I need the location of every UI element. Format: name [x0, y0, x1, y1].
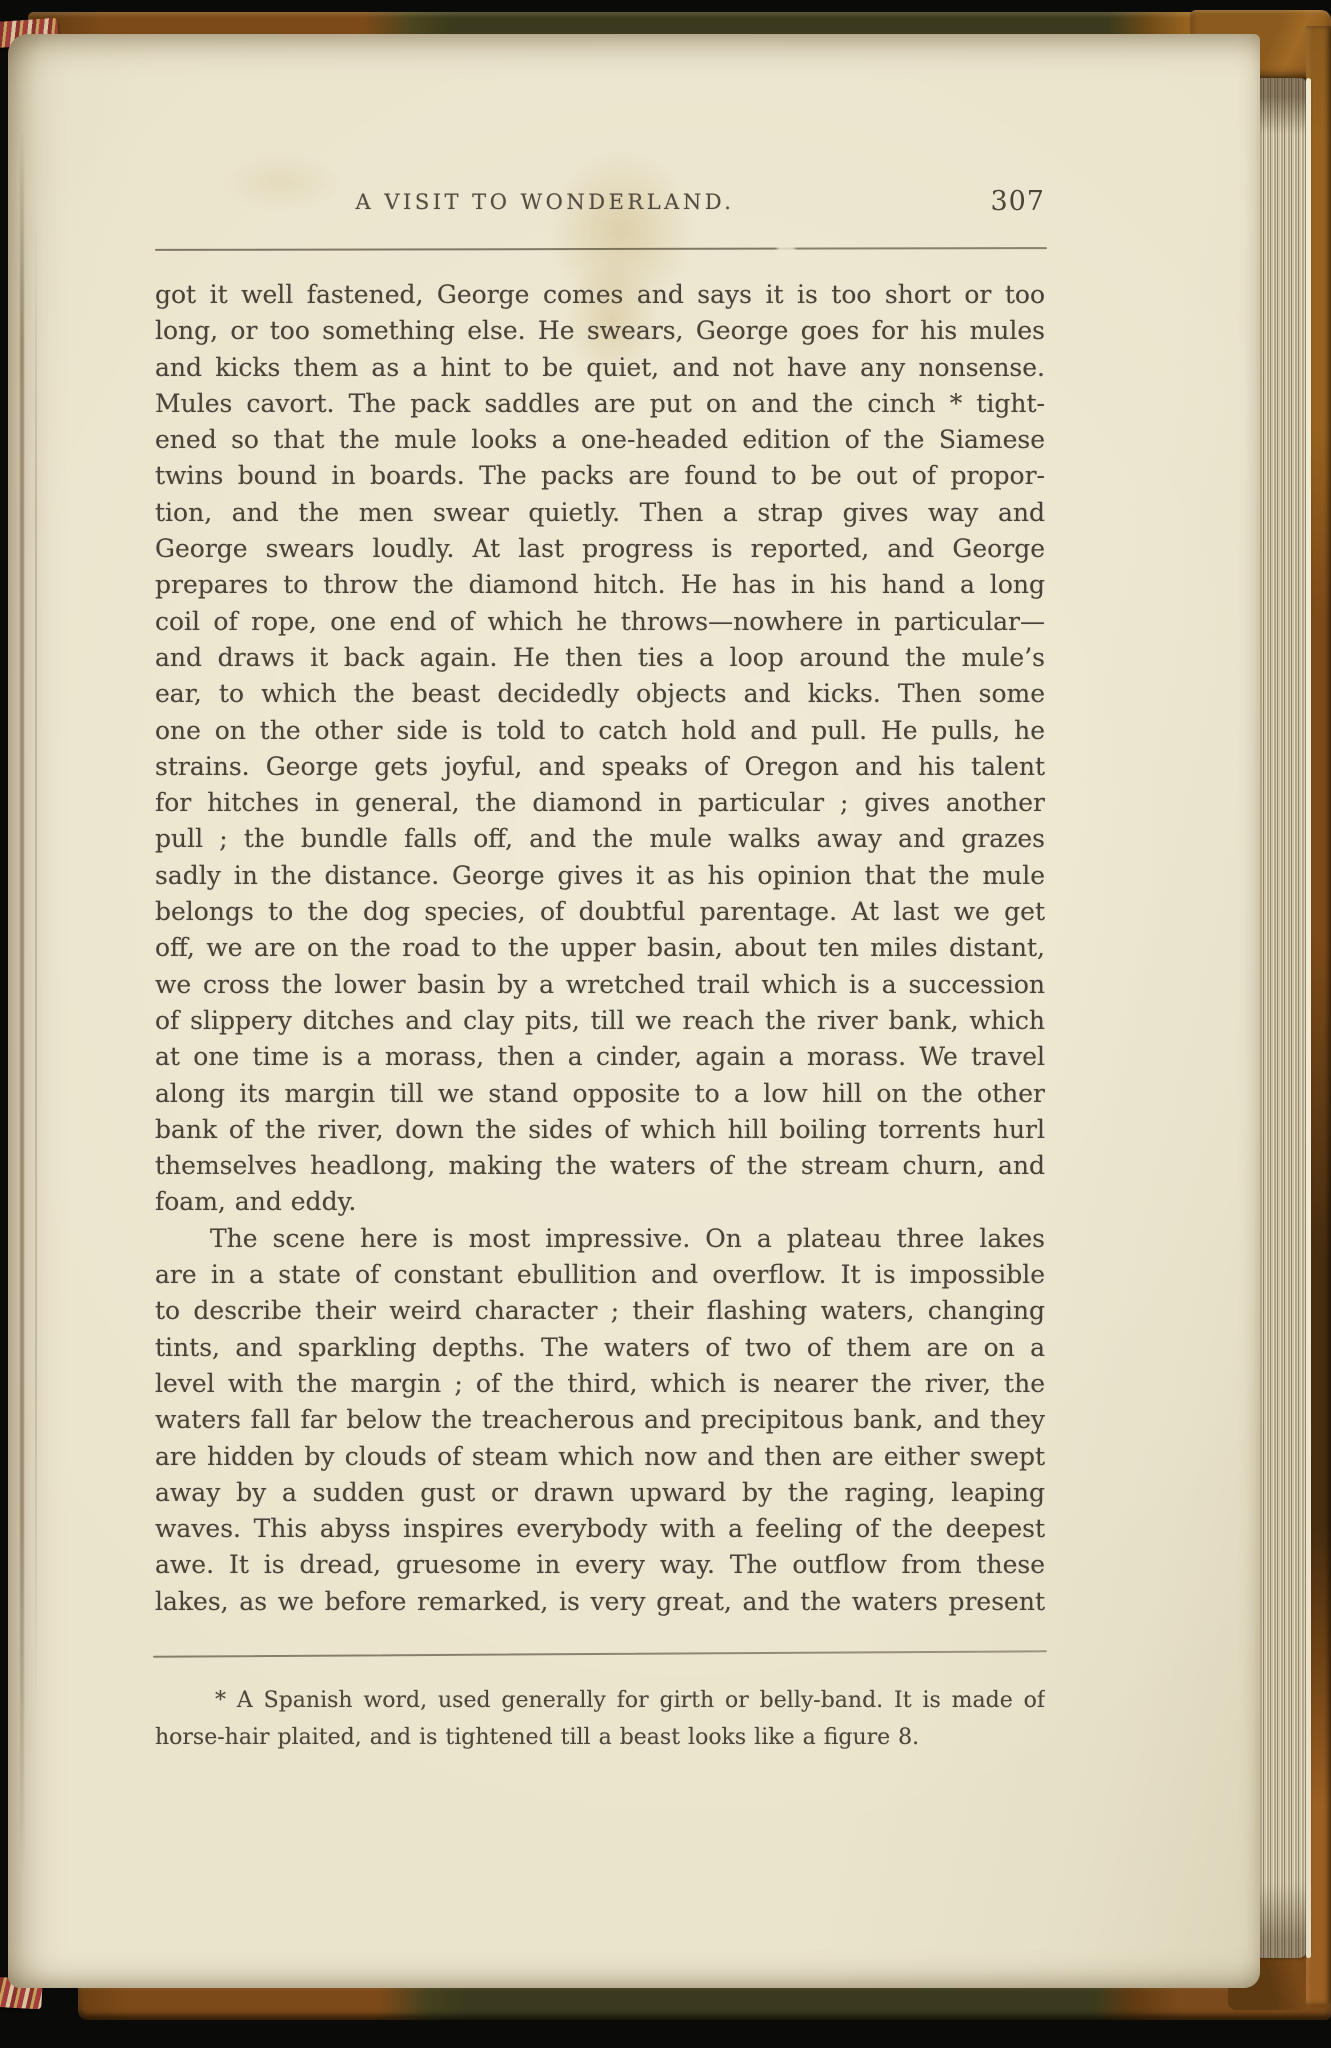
- text-line: ear, to which the beast decidedly object…: [155, 676, 1045, 712]
- text-line: off, we are on the road to the upper bas…: [155, 930, 1045, 966]
- text-line: of slippery ditches and clay pits, till …: [155, 1003, 1045, 1039]
- text-line: pull ; the bundle falls off, and the mul…: [155, 821, 1045, 857]
- text-line: tion, and the men swear quietly. Then a …: [155, 495, 1045, 531]
- text-line: for hitches in general, the diamond in p…: [155, 785, 1045, 821]
- footnote-rule: [153, 1650, 1047, 1657]
- text-line: * A Spanish word, used generally for gir…: [155, 1682, 1045, 1719]
- text-line: lakes, as we before remarked, is very gr…: [155, 1584, 1045, 1620]
- text-line: coil of rope, one end of which he throws…: [155, 604, 1045, 640]
- text-line: Mules cavort. The pack saddles are put o…: [155, 386, 1045, 422]
- text-line: George swears loudly. At last progress i…: [155, 531, 1045, 567]
- gutter-crease: [20, 130, 24, 1870]
- text-line: got it well fastened, George comes and s…: [155, 277, 1045, 313]
- text-line: at one time is a morass, then a cinder, …: [155, 1039, 1045, 1075]
- text-line: away by a sudden gust or drawn upward by…: [155, 1475, 1045, 1511]
- page-edges-stack: [1252, 78, 1308, 1958]
- text-line: bank of the river, down the sides of whi…: [155, 1112, 1045, 1148]
- gutter-crease-faint: [35, 214, 37, 1714]
- text-line: belongs to the dog species, of doubtful …: [155, 894, 1045, 930]
- text-line: and draws it back again. He then ties a …: [155, 640, 1045, 676]
- text-line: awe. It is dread, gruesome in every way.…: [155, 1547, 1045, 1583]
- text-line: ened so that the mule looks a one-headed…: [155, 422, 1045, 458]
- text-line: sadly in the distance. George gives it a…: [155, 858, 1045, 894]
- text-line: long, or too something else. He swears, …: [155, 313, 1045, 349]
- text-line: to describe their weird character ; thei…: [155, 1293, 1045, 1329]
- text-line: waters fall far below the treacherous an…: [155, 1402, 1045, 1438]
- text-line: we cross the lower basin by a wretched t…: [155, 967, 1045, 1003]
- text-line: are hidden by clouds of steam which now …: [155, 1439, 1045, 1475]
- text-line: level with the margin ; of the third, wh…: [155, 1366, 1045, 1402]
- header-rule: [155, 247, 1047, 251]
- text-line: prepares to throw the diamond hitch. He …: [155, 567, 1045, 603]
- book-page: A VISIT TO WONDERLAND. 307 got it well f…: [8, 34, 1260, 1988]
- text-line: The scene here is most impressive. On a …: [155, 1221, 1045, 1257]
- paragraph-1: got it well fastened, George comes and s…: [155, 277, 1045, 1221]
- text-line: themselves headlong, making the waters o…: [155, 1148, 1045, 1184]
- book-cover-bottom-edge: [78, 1984, 1331, 2020]
- text-line: foam, and eddy.: [155, 1184, 1045, 1220]
- text-line: are in a state of constant ebullition an…: [155, 1257, 1045, 1293]
- paragraph-2: The scene here is most impressive. On a …: [155, 1221, 1045, 1620]
- text-line: waves. This abyss inspires everybody wit…: [155, 1511, 1045, 1547]
- text-line: along its margin till we stand opposite …: [155, 1076, 1045, 1112]
- footnote: * A Spanish word, used generally for gir…: [155, 1682, 1045, 1756]
- text-line: one on the other side is told to catch h…: [155, 713, 1045, 749]
- photo-background: A VISIT TO WONDERLAND. 307 got it well f…: [0, 0, 1331, 2048]
- page-number: 307: [990, 184, 1045, 220]
- text-line: tints, and sparkling depths. The waters …: [155, 1330, 1045, 1366]
- running-head: A VISIT TO WONDERLAND. 307: [155, 184, 1045, 220]
- page-edge-highlight: [1306, 78, 1311, 1958]
- text-line: and kicks them as a hint to be quiet, an…: [155, 350, 1045, 386]
- running-header-title: A VISIT TO WONDERLAND.: [155, 184, 935, 220]
- text-line: strains. George gets joyful, and speaks …: [155, 749, 1045, 785]
- text-line: horse-hair plaited, and is tightened til…: [155, 1719, 1045, 1756]
- text-line: twins bound in boards. The packs are fou…: [155, 458, 1045, 494]
- body-text: got it well fastened, George comes and s…: [155, 277, 1045, 1620]
